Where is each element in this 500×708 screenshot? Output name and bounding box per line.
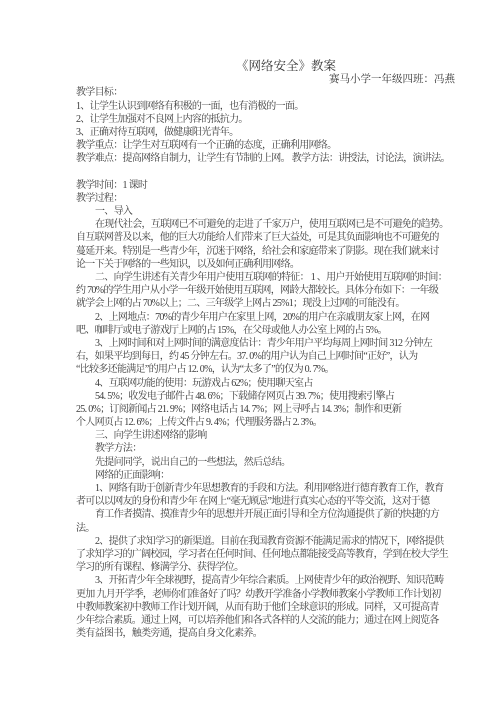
text-line: 25. 0%；订阅新闻占 21. 9%；网络电话占 14. 7%；网上寻呼占 1… — [76, 403, 428, 416]
text-line: “比较多还能满足”的用户占 12. 0%，认为“太多了”的仅为 0. 7%。 — [76, 363, 428, 376]
text-line: 3、正确对待互联网，做健康阳光青年。 — [76, 126, 428, 139]
text-line: 一、导入 — [76, 205, 428, 218]
text-line: 了求知学习的广阔校园，学习者在任何时间、任何地点都能接受高等教育，学到在校大学生 — [76, 548, 428, 561]
text-line: 自互联网普及以来，他的巨大功能给人们带来了巨大益处，可是其负面影响也不可避免的 — [76, 231, 428, 244]
text-line: 蔓延开来。特别是一些青少年，沉迷于网络，给社会和家庭带来了阴影。现在我们就来讨 — [76, 245, 428, 258]
text-line: 教学过程： — [76, 192, 428, 205]
text-line: 类有益图书，触类旁通，提高自身文化素养。 — [76, 627, 428, 640]
text-line: 教学目标： — [76, 86, 428, 99]
text-line: 在现代社会，互联网已不可避免的走进了千家万户，使用互联网已是不可避免的趋势。 — [76, 218, 428, 231]
text-line: 2、提供了求知学习的新渠道。目前在我国教育资源不能满足需求的情况下，网络提供 — [76, 535, 428, 548]
blank-line — [76, 166, 428, 179]
text-line: 更加 九月开学季，老师你们准备好了吗？幼教开学准备小学教师教案小学教师工作计划初 — [76, 588, 428, 601]
text-line: 少年综合素质。通过上网，可以培养他们和各式各样的人交流的能力；通过在网上阅览各 — [76, 614, 428, 627]
text-line: 4、互联网功能的使用：玩游戏占 62%；使用聊天室占 — [76, 377, 428, 390]
text-line: 约 70%的学生用户从小学一年级开始使用互联网，网龄大都较长。具体分布如下：一年… — [76, 284, 428, 297]
author-line: 赛马小学一年级四班：冯燕 — [76, 73, 500, 86]
text-line: 54. 5%；收发电子邮件占 48. 6%；下载储存网页占 39. 7%；使用搜… — [76, 390, 428, 403]
text-line: 1、网络有助于创新青少年思想教育的手段和方法。利用网络进行德育教育工作，教育 — [76, 482, 428, 495]
text-line: 3、上网时间和对上网时间的满意度估计：青少年用户平均每周上网时间 312 分钟左 — [76, 337, 428, 350]
text-line: 教学重点：让学生对互联网有一个正确的态度，正确利用网络。 — [76, 139, 428, 152]
text-line: 教学方法： — [76, 442, 428, 455]
text-line: 吧、咖啡厅或电子游戏厅上网的占 15%，在父母或他人办公室上网的占 5%。 — [76, 324, 428, 337]
text-line: 1、让学生认识到网络有积极的一面，也有消极的一面。 — [76, 100, 428, 113]
text-line: 中教师教案初中教师工作计划开阔，从而有助于他们全球意识的形成。同样，又可提高青 — [76, 601, 428, 614]
text-line: 2、让学生加强对不良网上内容的抵抗力。 — [76, 113, 428, 126]
text-line: 右，如果平均到每日，约 45 分钟左右。37. 0%的用户认为自己上网时间“正好… — [76, 350, 428, 363]
text-line: 者可以以网友的身份和青少年 在网上“毫无顾忌”地进行真实心态的平等交流，这对于德 — [76, 495, 428, 508]
text-line: 法。 — [76, 522, 428, 535]
page-title: 《网络安全》教案 — [76, 60, 462, 73]
text-line: 2、上网地点：70%的青少年用户在家里上网，20%的用户在亲戚朋友家上网，在网 — [76, 311, 428, 324]
text-line: 二、向学生讲述有关青少年用户使用互联网的特征： 1 、用户开始使用互联网的时间： — [76, 271, 428, 284]
text-line: 先提问同学，说出自己的一些想法，然后总结。 — [76, 456, 428, 469]
text-line: 三、向学生讲述网络的影响 — [76, 429, 428, 442]
document-page: 《网络安全》教案赛马小学一年级四班：冯燕教学目标：1、让学生认识到网络有积极的一… — [0, 0, 500, 708]
text-line: 教学难点：提高网络自制力，让学生有节制的上网。 教学方法：讲授法，讨论法，演讲法… — [76, 152, 428, 165]
text-line: 个人网页占 12. 6%；上传文件占 9. 4%；代理服务器占 2. 3%。 — [76, 416, 428, 429]
text-line: 论一下关于网络的一些知识，以及如何正确利用网络。 — [76, 258, 428, 271]
text-line: 3、开拓青少年全球视野，提高青少年综合素质。上网使青少年的政治视野、知识范畴 — [76, 574, 428, 587]
text-line: 教学时间：1 课时 — [76, 179, 428, 192]
text-line: 网络的正面影响： — [76, 469, 428, 482]
text-line: 就学会上网的占 70%以上；二、三年级学上网占 25%1；现没上过网的可能没有。 — [76, 297, 428, 310]
text-line: 学习的所有课程、修满学分、获得学位。 — [76, 561, 428, 574]
text-line: 育工作者摸清、摸准青少年的思想并开展正面引导和全方位沟通提供了新的快捷的方 — [76, 508, 428, 521]
